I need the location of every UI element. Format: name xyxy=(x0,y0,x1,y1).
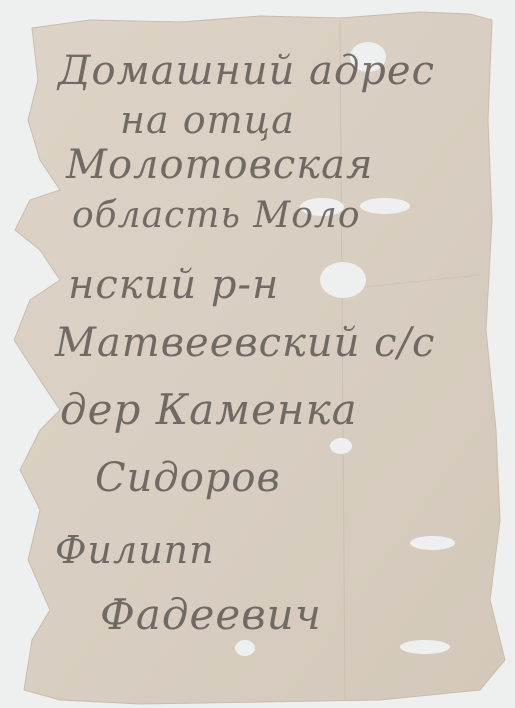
text-line: на отца xyxy=(120,98,295,142)
text-line: Филипп xyxy=(55,528,215,572)
text-line: нский р-н xyxy=(68,262,279,308)
text-line: Матвеевский с/с xyxy=(55,320,435,366)
text-line: область Моло xyxy=(72,195,361,236)
text-line: Молотовская xyxy=(66,142,374,188)
text-line: Домашний адрес xyxy=(58,48,435,94)
handwritten-text: Домашний адрес на отца Молотовская облас… xyxy=(0,0,515,708)
text-line: Фадеевич xyxy=(100,590,322,639)
text-line: Сидоров xyxy=(95,455,281,501)
text-line: дер Каменка xyxy=(60,385,358,434)
